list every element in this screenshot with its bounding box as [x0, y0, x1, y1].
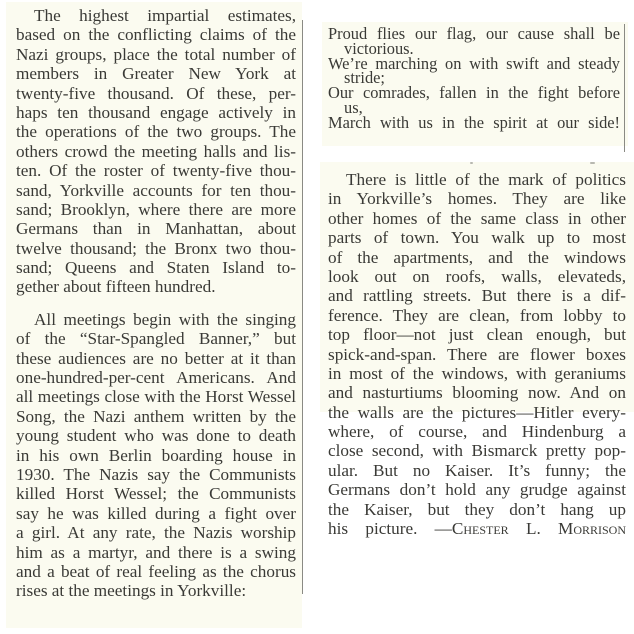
text-line: other homes of the same class in other	[328, 209, 626, 228]
text-line: the operations of the two groups. The	[16, 122, 296, 141]
text-line: the Kaiser, but they don’t hang up	[328, 500, 626, 519]
text-line: ference. They are clean, from lobby to	[328, 306, 626, 325]
right-column-clipping: There is little of the mark of politics …	[320, 162, 634, 412]
text-line: these audiences are no better at it than	[16, 349, 296, 368]
text-line: and a beat of real feeling as the chorus	[16, 562, 296, 581]
text-line: say he was killed during a fight over	[16, 504, 296, 523]
text-line: a girl. At any rate, the Nazis worship	[16, 523, 296, 542]
text-line: haps ten thousand engage actively in	[16, 103, 296, 122]
author-byline: Chester L. Morrison	[452, 519, 626, 538]
text-line: based on the conflicting claims of the	[16, 25, 296, 44]
text-line: sand, Yorkville accounts for ten thou-	[16, 181, 296, 200]
text-line: parts of town. You walk up to most	[328, 228, 626, 247]
poem-line: Our comrades, fallen in the fight before	[328, 86, 620, 101]
print-artifact	[470, 162, 473, 164]
text-line: Nazi groups, place the total number of	[16, 45, 296, 64]
text-line: Germans don’t hold any grudge against	[328, 480, 626, 499]
text-line: rises at the meetings in Yorkville:	[16, 581, 296, 600]
text-line: others crowd the meeting halls and lis-	[16, 142, 296, 161]
text-line: members in Greater New York at	[16, 64, 296, 83]
text-line: all meetings close with the Horst Wessel	[16, 387, 296, 406]
text-line: sand; Queens and Staten Island to-	[16, 258, 296, 277]
text-line: and rattling streets. But there is a dif…	[328, 286, 626, 305]
paragraph-yorkville-homes: There is little of the mark of politics …	[328, 164, 626, 538]
poem-clipping: Proud flies our flag, our cause shall be…	[322, 22, 628, 146]
text-line: Germans than in Manhattan, about	[16, 219, 296, 238]
print-artifact	[590, 162, 595, 164]
horst-wessel-song-verse: Proud flies our flag, our cause shall be…	[328, 27, 620, 131]
text-line: in his own Berlin boarding house in	[16, 446, 296, 465]
text-line: top floor—not just clean enough, but	[328, 325, 626, 344]
column-rule	[302, 20, 303, 594]
left-column-clipping: The highest impartial estimates, based o…	[6, 2, 302, 628]
text-line: ten. Of the roster of twenty-five thou-	[16, 161, 296, 180]
text-line: of the “Star-Spangled Banner,” but	[16, 329, 296, 348]
text-line: the walls are the pictures—Hitler every-	[328, 403, 626, 422]
text-line: in Yorkville’s homes. They are like	[328, 189, 626, 208]
text-line: where, of course, and Hindenburg a	[328, 422, 626, 441]
text-line: of the apartments, and the windows	[328, 248, 626, 267]
paragraph-meetings: All meetings begin with the singing of t…	[16, 310, 296, 601]
text-line: 1930. The Nazis say the Communists	[16, 465, 296, 484]
text-line: killed Horst Wessel; the Communists	[16, 484, 296, 503]
text-line: young student who was done to death	[16, 426, 296, 445]
text-line: ular. But no Kaiser. It’s funny; the	[328, 461, 626, 480]
text-line: him as a martyr, and there is a swing	[16, 543, 296, 562]
text-line: look out on roofs, walls, elevateds,	[328, 267, 626, 286]
text-line: All meetings begin with the singing	[16, 310, 296, 329]
text-line: twelve thousand; the Bronx two thou-	[16, 239, 296, 258]
text-line: one-hundred-per-cent Americans. And	[16, 368, 296, 387]
text-line: gether about fifteen hundred.	[16, 277, 296, 296]
poem-line: March with us in the spirit at our side!	[328, 116, 620, 131]
text-line-with-byline: his picture. —Chester L. Morrison	[328, 519, 626, 538]
text-line: sand; Brooklyn, where there are more	[16, 200, 296, 219]
text-fragment: his picture. —	[328, 519, 452, 538]
text-line: and nasturtiums blooming now. And on	[328, 383, 626, 402]
text-line: There is little of the mark of politics	[328, 170, 626, 189]
text-line: twenty-five thousand. Of these, per-	[16, 84, 296, 103]
text-line: spick-and-span. There are flower boxes	[328, 345, 626, 364]
text-line: close second, with Bismarck pretty pop-	[328, 441, 626, 460]
paragraph-gap	[16, 297, 296, 310]
paragraph-membership-estimates: The highest impartial estimates, based o…	[16, 6, 296, 297]
text-line: in most of the windows, with geraniums	[328, 364, 626, 383]
column-rule	[624, 24, 625, 152]
text-line: Song, the Nazi anthem written by the	[16, 407, 296, 426]
text-line: The highest impartial estimates,	[16, 6, 296, 25]
